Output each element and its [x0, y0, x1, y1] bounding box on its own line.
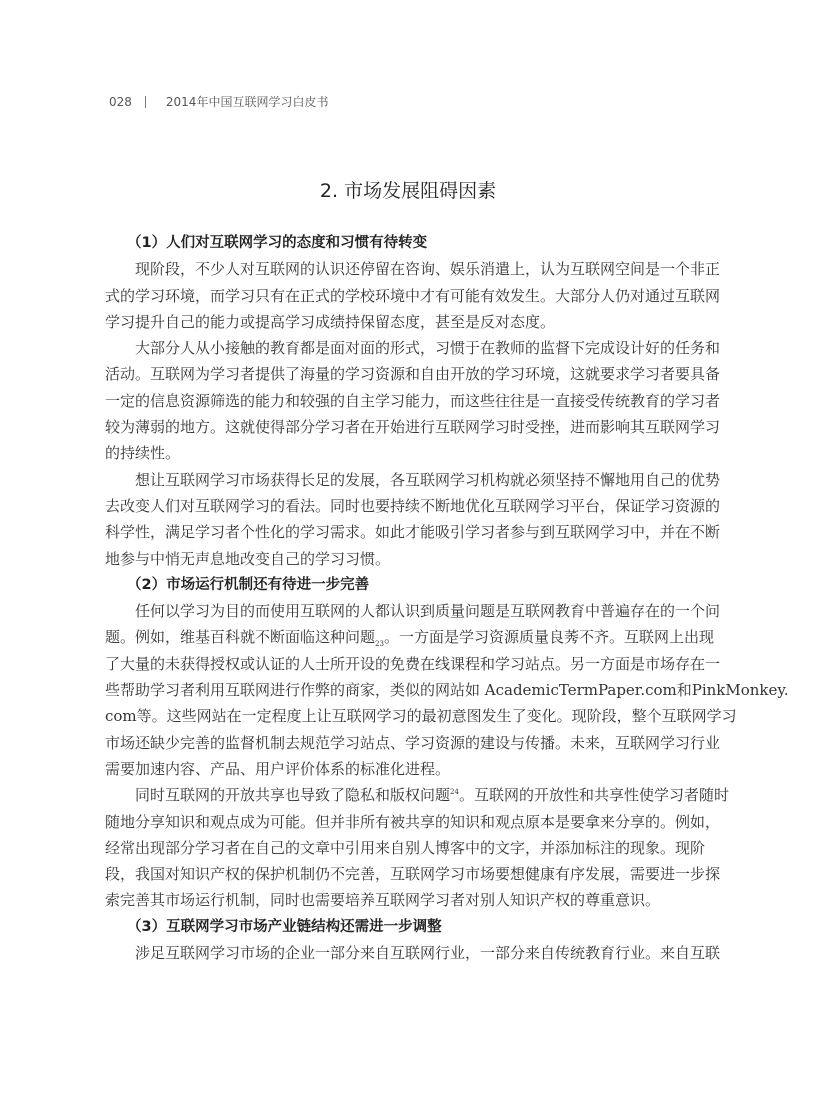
line-text: 。互联网的开放性和共享性使学习者随时	[459, 786, 729, 804]
subsection-heading-3: （3）互联网学习市场产业链结构还需进一步调整	[105, 914, 701, 940]
paragraph-line: 想让互联网学习市场获得长足的发展，各互联网学习机构就必须坚持不懈地用自己的优势	[105, 467, 701, 493]
paragraph-line: 地参与中悄无声息地改变自己的学习习惯。	[105, 546, 701, 572]
subsection-heading-2: （2）市场运行机制还有待进一步完善	[105, 572, 701, 598]
paragraph-line: 的持续性。	[105, 440, 701, 466]
paragraph-line: 随地分享知识和观点成为可能。但并非所有被共享的知识和观点原本是要拿来分享的。例如…	[105, 809, 701, 835]
paragraph-line: 一定的信息资源筛选的能力和较强的自主学习能力，而这些往往是一直接受传统教育的学习…	[105, 388, 701, 414]
running-header: 028 2014年中国互联网学习白皮书	[109, 93, 328, 110]
paragraph-line: 同时互联网的开放共享也导致了隐私和版权问题24。互联网的开放性和共享性使学习者随…	[105, 782, 701, 808]
subsection-heading-1: （1）人们对互联网学习的态度和习惯有待转变	[105, 230, 701, 256]
paragraph-line: 大部分人从小接触的教育都是面对面的形式，习惯于在教师的监督下完成设计好的任务和	[105, 335, 701, 361]
paragraph-line: 题。例如，维基百科就不断面临这种问题23。一方面是学习资源质量良莠不齐。互联网上…	[105, 624, 701, 650]
paragraph-line: 段，我国对知识产权的保护机制仍不完善，互联网学习市场要想健康有序发展，需要进一步…	[105, 861, 701, 887]
paragraph-line: 经常出现部分学习者在自己的文章中引用来自别人博客中的文字，并添加标注的现象。现阶	[105, 835, 701, 861]
paragraph-line: 去改变人们对互联网学习的看法。同时也要持续不断地优化互联网学习平台，保证学习资源…	[105, 493, 701, 519]
book-title: 2014年中国互联网学习白皮书	[166, 93, 329, 110]
paragraph-line: 科学性，满足学习者个性化的学习需求。如此才能吸引学习者参与到互联网学习中，并在不…	[105, 519, 701, 545]
paragraph-line: 需要加速内容、产品、用户评价体系的标准化进程。	[105, 756, 701, 782]
paragraph-line: 现阶段，不少人对互联网的认识还停留在咨询、娱乐消遣上，认为互联网空间是一个非正	[105, 256, 701, 282]
header-divider	[145, 96, 146, 108]
body-content: （1）人们对互联网学习的态度和习惯有待转变 现阶段，不少人对互联网的认识还停留在…	[105, 230, 701, 966]
paragraph-line: 活动。互联网为学习者提供了海量的学习资源和自由开放的学习环境，这就要求学习者要具…	[105, 361, 701, 387]
paragraph-line: 任何以学习为目的而使用互联网的人都认识到质量问题是互联网教育中普遍存在的一个问	[105, 598, 701, 624]
paragraph-line: 市场还缺少完善的监督机制去规范学习站点、学习资源的建设与传播。未来，互联网学习行…	[105, 730, 701, 756]
paragraph-line: 较为薄弱的地方。这就使得部分学习者在开始进行互联网学习时受挫，进而影响其互联网学…	[105, 414, 701, 440]
paragraph-line: com等。这些网站在一定程度上让互联网学习的最初意图发生了变化。现阶段，整个互联…	[105, 703, 701, 729]
page-number: 028	[109, 95, 132, 109]
section-title: 2. 市场发展阻碍因素	[0, 176, 816, 203]
paragraph-line: 些帮助学习者利用互联网进行作弊的商家，类似的网站如 AcademicTermPa…	[105, 677, 701, 703]
line-text: 。一方面是学习资源质量良莠不齐。互联网上出现	[384, 628, 714, 646]
paragraph-line: 学习提升自己的能力或提高学习成绩持保留态度，甚至是反对态度。	[105, 309, 701, 335]
footnote-ref-23[interactable]: 23	[375, 640, 384, 648]
footnote-ref-24[interactable]: 24	[450, 788, 459, 796]
paragraph-line: 了大量的未获得授权或认证的人士所开设的免费在线课程和学习站点。另一方面是市场存在…	[105, 651, 701, 677]
line-text: 同时互联网的开放共享也导致了隐私和版权问题	[135, 786, 450, 804]
paragraph-line: 涉足互联网学习市场的企业一部分来自互联网行业，一部分来自传统教育行业。来自互联	[105, 940, 701, 966]
paragraph-line: 索完善其市场运行机制，同时也需要培养互联网学习者对别人知识产权的尊重意识。	[105, 887, 701, 913]
line-text: 题。例如，维基百科就不断面临这种问题	[105, 628, 375, 646]
paragraph-line: 式的学习环境，而学习只有在正式的学校环境中才有可能有效发生。大部分人仍对通过互联…	[105, 283, 701, 309]
